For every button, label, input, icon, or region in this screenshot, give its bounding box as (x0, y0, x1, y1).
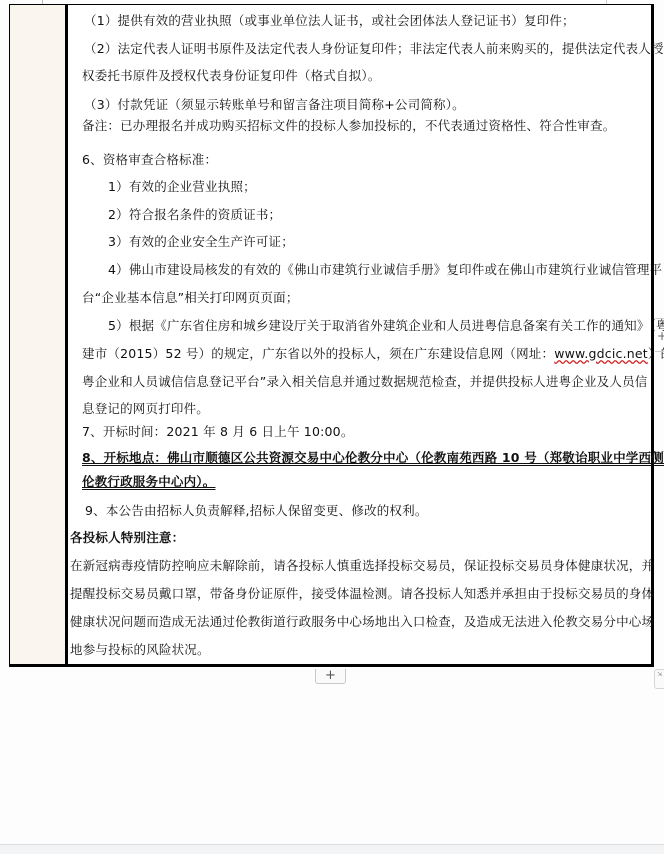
table-content-cell[interactable]: （1）提供有效的营业执照（或事业单位法人证书，或社会团体法人登记证书）复印件； … (68, 5, 651, 664)
paragraph-line: （2）法定代表人证明书原件及法定代表人身份证复印件；非法定代表人前来购买的，提供… (84, 41, 664, 57)
list-item: 1）有效的企业营业执照； (108, 179, 256, 195)
paragraph-line: 粤企业和人员诚信信息登记平台”录入相关信息并通过数据规范检查，并提供投标人进粤企… (82, 374, 647, 390)
opening-location: 8、开标地点：佛山市顺德区公共资源交易中心伦教分中心（伦教南苑西路 10 号（郑… (82, 450, 664, 466)
paragraph-line: 9、本公告由招标人负责解释,招标人保留变更、修改的权利。 (85, 503, 428, 519)
paragraph-line: （3）付款凭证（须显示转账单号和留言备注项目简称+公司简称）。 (84, 97, 465, 113)
section-heading: 6、资格审查合格标准： (82, 152, 217, 168)
document-table: （1）提供有效的营业执照（或事业单位法人证书，或社会团体法人登记证书）复印件； … (9, 4, 654, 667)
notice-heading: 各投标人特别注意： (70, 530, 184, 546)
website-link[interactable]: www.gdcic.net (554, 346, 648, 361)
paragraph-line: 台“企业基本信息”相关打印网页页面； (82, 290, 299, 306)
add-column-button[interactable]: + (655, 318, 664, 352)
opening-location-cont: 伦教行政服务中心内）。 (82, 474, 215, 490)
notice-line: 在新冠病毒疫情防控响应未解除前，请各投标人慎重选择投标交易员，保证投标交易员身体… (70, 558, 654, 574)
paragraph-text: 建市（2015）52 号）的规定，广东省以外的投标人，须在广东建设信息网（网址： (82, 346, 554, 361)
paragraph-line: （1）提供有效的营业执照（或事业单位法人证书，或社会团体法人登记证书）复印件； (84, 13, 575, 29)
table-left-cell[interactable] (10, 5, 68, 664)
paragraph-line: 备注：已办理报名并成功购买招标文件的投标人参加投标的，不代表通过资格性、符合性审… (82, 118, 615, 134)
list-item: 4）佛山市建设局核发的有效的《佛山市建筑行业诚信手册》复印件或在佛山市建筑行业诚… (108, 262, 662, 278)
table-resize-handle[interactable]: ⇲ (654, 669, 664, 689)
paragraph-line: 息登记的网页打印件。 (82, 401, 209, 417)
notice-line: 健康状况问题而造成无法通过伦教街道行政服务中心场地出入口检查，及造成无法进入伦教… (70, 614, 654, 630)
notice-line: 地参与投标的风险状况。 (70, 642, 210, 658)
paragraph-line: 建市（2015）52 号）的规定，广东省以外的投标人，须在广东建设信息网（网址：… (82, 346, 664, 362)
bottom-status-bar (0, 844, 664, 854)
opening-time: 7、开标时间：2021 年 8 月 6 日上午 10:00。 (82, 424, 354, 440)
add-row-button[interactable]: + (315, 669, 346, 684)
list-item: 2）符合报名条件的资质证书； (108, 207, 281, 223)
document-editor: （1）提供有效的营业执照（或事业单位法人证书，或社会团体法人登记证书）复印件； … (0, 0, 664, 854)
list-item: 5）根据《广东省住房和城乡建设厅关于取消省外建筑企业和人员进粤信息备案有关工作的… (108, 318, 664, 334)
paragraph-line: 权委托书原件及授权代表身份证复印件（格式自拟）。 (82, 68, 381, 84)
list-item: 3）有效的企业安全生产许可证； (108, 234, 294, 250)
notice-line: 提醒投标交易员戴口罩，带备身份证原件，接受体温检测。请各投标人知悉并承担由于投标… (70, 586, 654, 602)
